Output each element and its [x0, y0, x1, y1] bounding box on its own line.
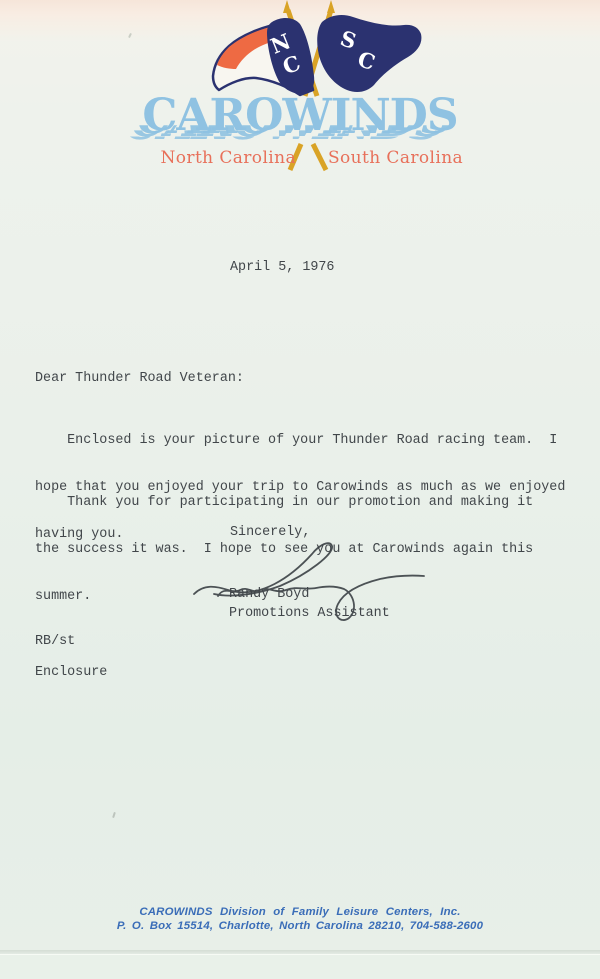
enclosure-notation: Enclosure: [35, 665, 107, 681]
footer-company-line: CAROWINDS Division of Family Leisure Cen…: [0, 905, 600, 919]
region-row: North Carolina South Carolina: [0, 146, 600, 172]
letter-line: Enclosed is your picture of your Thunder…: [35, 433, 565, 449]
letter-date: April 5, 1976: [230, 260, 334, 276]
scan-speck: [112, 812, 116, 818]
brand-wordmark: CAROWINDS: [142, 90, 457, 142]
region-north-carolina: North Carolina: [0, 148, 296, 168]
scan-speck: [128, 33, 132, 38]
scanned-letter-page: N C S C CAROWINDS CAROWINDS CAROWINDS CA…: [0, 0, 600, 979]
typist-reference: RB/st: [35, 634, 75, 650]
under-sheet: [0, 954, 600, 979]
brand-wordmark-block: CAROWINDS CAROWINDS CAROWINDS CAROWINDS: [0, 90, 600, 146]
signer-title: Promotions Assistant: [229, 606, 390, 622]
letterhead-footer: CAROWINDS Division of Family Leisure Cen…: [0, 905, 600, 933]
letter-line: Thank you for participating in our promo…: [35, 495, 533, 511]
region-south-carolina: South Carolina: [328, 148, 463, 168]
footer-address-line: P. O. Box 15514, Charlotte, North Caroli…: [0, 919, 600, 933]
letter-salutation: Dear Thunder Road Veteran:: [35, 371, 244, 387]
signer-name: Randy Boyd: [229, 587, 309, 603]
